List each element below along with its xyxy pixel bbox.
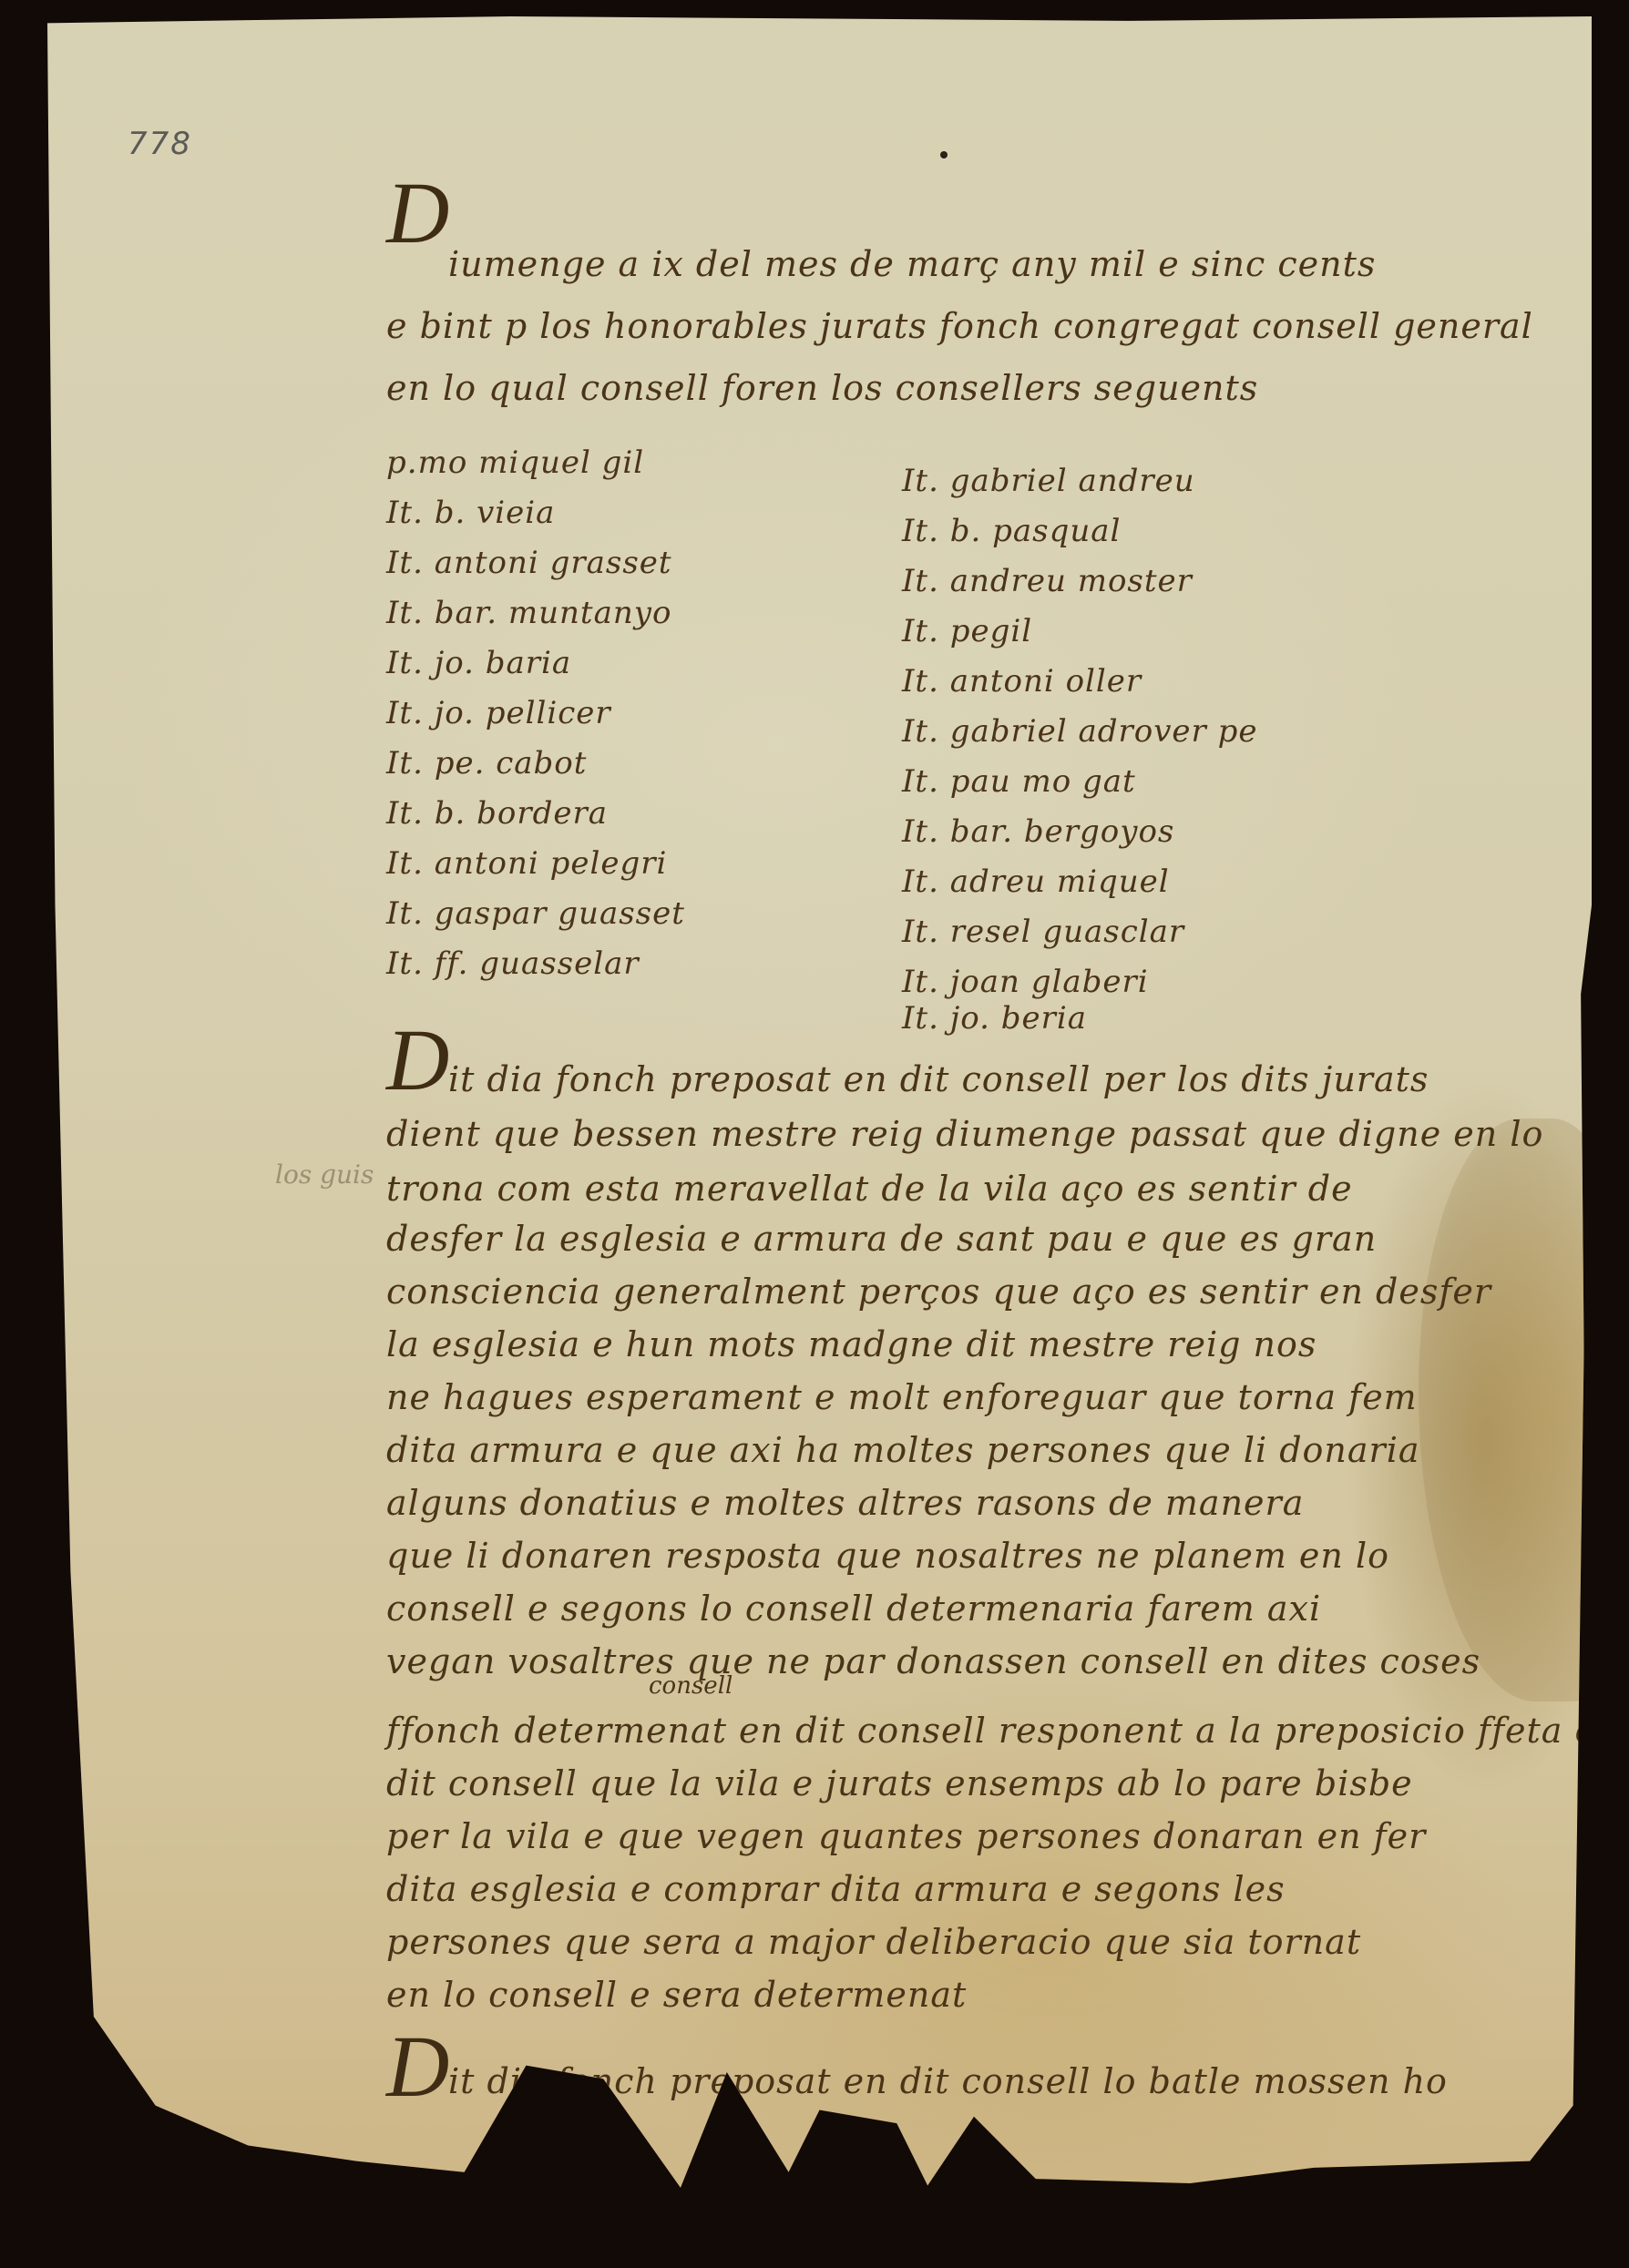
text-line: la esglesia e hun mots madgne dit mestre…: [386, 1324, 1317, 1364]
council-member: It. b. pasqual: [902, 513, 1121, 549]
council-member: It. ff. guasselar: [386, 945, 640, 982]
council-member: It. gaspar guasset: [386, 895, 685, 932]
council-member: It. jo. baria: [386, 645, 571, 681]
text-line: en lo qual consell foren los consellers …: [386, 368, 1258, 408]
council-member: It. antoni grasset: [386, 545, 672, 581]
text-line: e bint p los honorables jurats fonch con…: [386, 306, 1533, 346]
council-member: It. gabriel adrover pe: [902, 713, 1257, 750]
text-line: dient que bessen mestre reig diumenge pa…: [386, 1114, 1543, 1154]
council-member: It. bar. bergoyos: [902, 813, 1174, 850]
text-line: alguns donatius e moltes altres rasons d…: [386, 1483, 1304, 1523]
text-line: it dia fonch preposat en dit consell per…: [448, 1059, 1429, 1099]
council-member: It. adreu miquel: [902, 863, 1170, 900]
text-line: desfer la esglesia e armura de sant pau …: [386, 1219, 1377, 1259]
council-member: It. gabriel andreu: [902, 463, 1195, 499]
council-member: It. antoni pelegri: [386, 845, 667, 882]
council-member: It. bar. muntanyo: [386, 595, 671, 631]
text-line: iumenge a ix del mes de març any mil e s…: [448, 244, 1376, 284]
folio-number: 778: [128, 126, 192, 162]
text-line: it dia fonch preposat en dit consell lo …: [448, 2061, 1448, 2101]
interlinear-note: consell: [649, 1672, 733, 1700]
council-member: It. b. bordera: [386, 795, 608, 832]
manuscript-page: 778 D iumenge a ix del mes de març any m…: [47, 16, 1592, 2239]
council-member: It. jo. beria: [902, 1000, 1087, 1037]
text-line: trona com esta meravellat de la vila aço…: [386, 1169, 1353, 1209]
text-line: vegan vosaltres que ne par donassen cons…: [386, 1641, 1480, 1681]
council-member: It. andreu moster: [902, 563, 1193, 599]
council-member: p.mo miquel gil: [386, 444, 644, 481]
decorated-initial: D: [386, 162, 449, 263]
text-line: dita armura e que axi ha moltes persones…: [386, 1430, 1420, 1470]
text-line: dit consell que la vila e jurats ensemps…: [386, 1763, 1413, 1803]
text-line: que li donaren resposta que nosaltres ne…: [386, 1536, 1389, 1576]
council-member: It. antoni oller: [902, 663, 1142, 700]
text-line: ffonch determenat en dit consell respone…: [386, 1711, 1629, 1751]
water-stain: [1419, 1119, 1629, 1701]
ink-dot: [940, 151, 948, 158]
council-member: It. jo. pellicer: [386, 695, 611, 731]
council-member: It. resel guasclar: [902, 914, 1184, 950]
text-line: persones que sera a major deliberacio qu…: [386, 1922, 1361, 1962]
text-line: per la vila e que vegen quantes persones…: [386, 1816, 1426, 1856]
council-member: It. b. vieia: [386, 495, 555, 531]
council-member: It. pegil: [902, 613, 1032, 649]
text-line: en lo consell e sera determenat: [386, 1975, 967, 2015]
text-line: ne hagues esperament e molt enforeguar q…: [386, 1377, 1418, 1417]
council-member: It. pau mo gat: [902, 763, 1136, 800]
decorated-initial: D: [386, 2016, 449, 2117]
margin-note: los guis: [275, 1160, 374, 1190]
council-member: It. pe. cabot: [386, 745, 587, 782]
council-member: It. joan glaberi: [902, 964, 1149, 1000]
decorated-initial: D: [386, 1009, 449, 1110]
text-line: consell e segons lo consell determenaria…: [386, 1589, 1321, 1629]
text-line: consciencia generalment perços que aço e…: [386, 1272, 1491, 1312]
text-line: dita esglesia e comprar dita armura e se…: [386, 1869, 1286, 1909]
